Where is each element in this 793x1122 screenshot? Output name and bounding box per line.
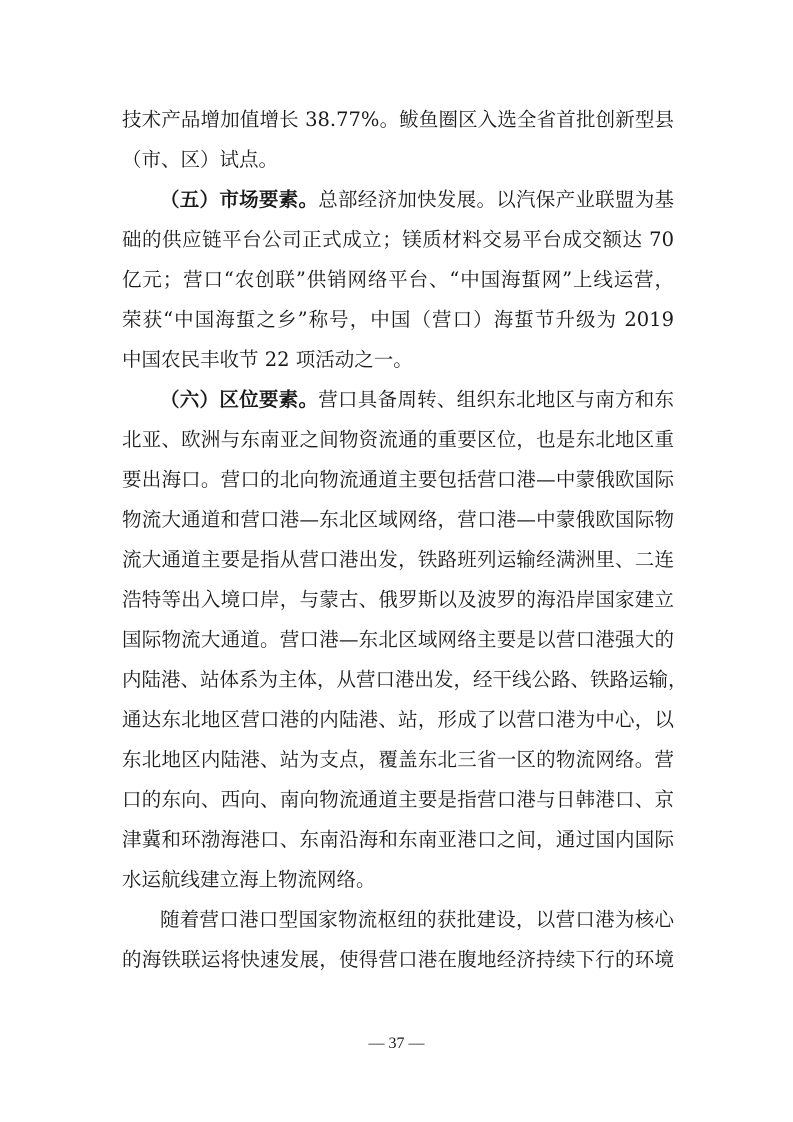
text-line: 随着营口港口型国家物流枢纽的获批建设，以营口港为核心 [160, 900, 674, 940]
text-line: （市、区）试点。 [122, 140, 674, 180]
text-line: 技术产品增加值增长 38.77%。鲅鱼圈区入选全省首批创新型县 [122, 100, 674, 140]
section-heading-market: （五）市场要素。 [160, 188, 318, 211]
text-line: 础的供应链平台公司正式成立；镁质材料交易平台成交额达 70 [122, 220, 674, 260]
paragraph-location-first-line: （六）区位要素。营口具备周转、组织东北地区与南方和东 [160, 380, 674, 420]
text-line: 口的东向、西向、南向物流通道主要是指营口港与日韩港口、京 [122, 780, 674, 820]
text-line: 亿元；营口“农创联”供销网络平台、“中国海蜇网”上线运营， [122, 260, 674, 300]
text-line: 浩特等出入境口岸，与蒙古、俄罗斯以及波罗的海沿岸国家建立 [122, 580, 674, 620]
page-number: — 37 — [0, 1035, 793, 1053]
text-line: 北亚、欧洲与东南亚之间物资流通的重要区位，也是东北地区重 [122, 420, 674, 460]
paragraph-market-first-line: （五）市场要素。总部经济加快发展。以汽保产业联盟为基 [160, 180, 674, 220]
section-heading-location: （六）区位要素。 [160, 388, 318, 411]
text-line: 水运航线建立海上物流网络。 [122, 860, 674, 900]
text-line: 要出海口。营口的北向物流通道主要包括营口港—中蒙俄欧国际 [122, 460, 674, 500]
text-line: 津冀和环渤海港口、东南沿海和东南亚港口之间，通过国内国际 [122, 820, 674, 860]
text-line: 荣获“中国海蜇之乡”称号，中国（营口）海蜇节升级为 2019 [122, 300, 674, 340]
text-line: 东北地区内陆港、站为支点，覆盖东北三省一区的物流网络。营 [122, 740, 674, 780]
text-line: 国际物流大通道。营口港—东北区域网络主要是以营口港强大的 [122, 620, 674, 660]
text-line: 内陆港、站体系为主体，从营口港出发，经干线公路、铁路运输， [122, 660, 674, 700]
document-page: 技术产品增加值增长 38.77%。鲅鱼圈区入选全省首批创新型县 （市、区）试点。… [0, 0, 793, 1122]
text-line: 中国农民丰收节 22 项活动之一。 [122, 340, 674, 380]
text-span: 总部经济加快发展。以汽保产业联盟为基 [318, 188, 674, 211]
text-line: 通达东北地区营口港的内陆港、站，形成了以营口港为中心，以 [122, 700, 674, 740]
text-line: 流大通道主要是指从营口港出发，铁路班列运输经满洲里、二连 [122, 540, 674, 580]
text-line: 物流大通道和营口港—东北区域网络，营口港—中蒙俄欧国际物 [122, 500, 674, 540]
text-span: 营口具备周转、组织东北地区与南方和东 [318, 388, 674, 411]
text-line: 的海铁联运将快速发展，使得营口港在腹地经济持续下行的环境 [122, 940, 674, 980]
